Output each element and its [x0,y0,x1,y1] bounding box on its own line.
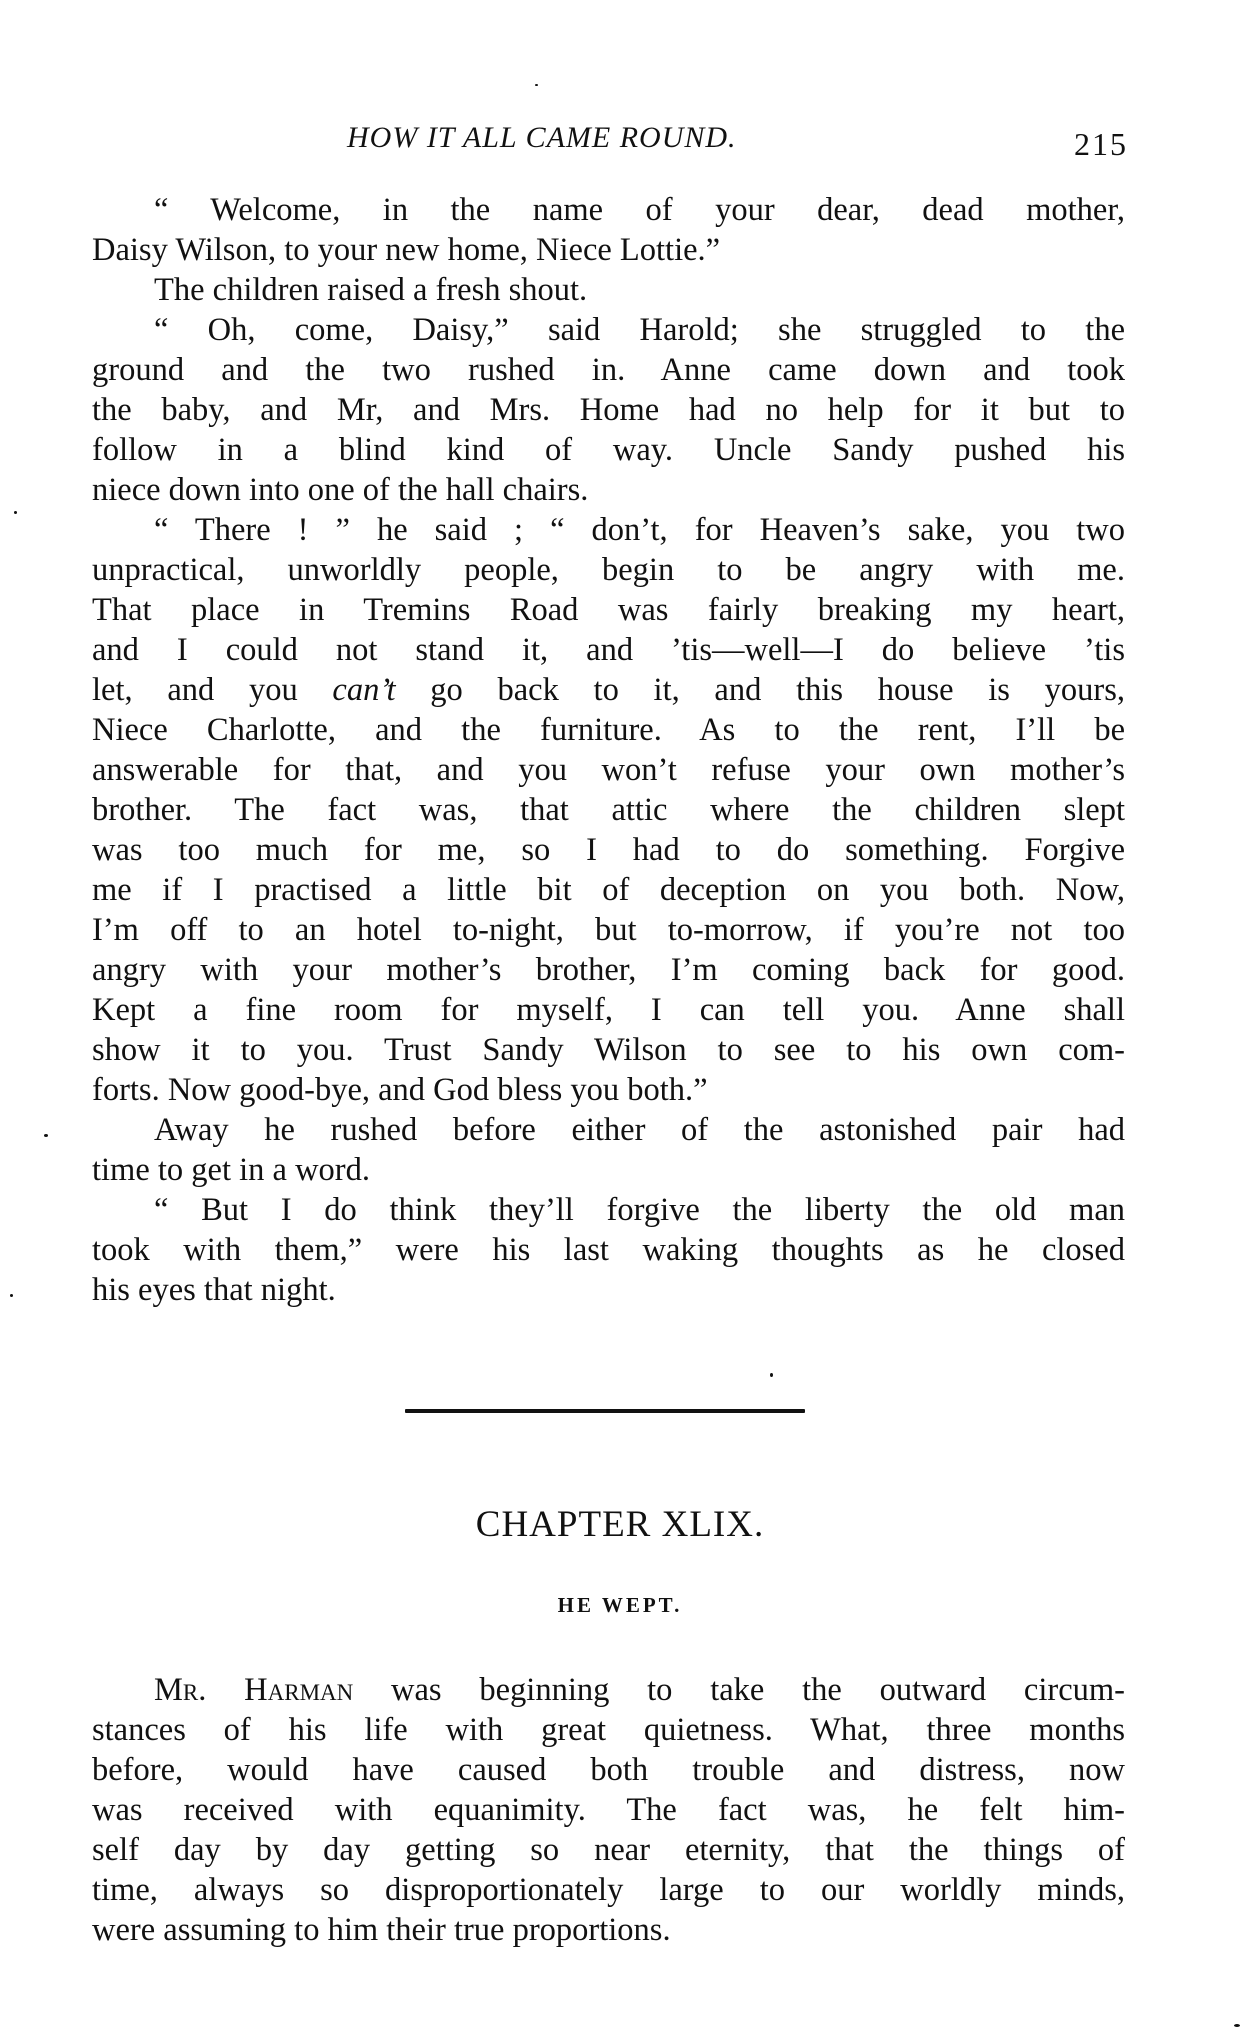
running-title: HOW IT ALL CAME ROUND. [347,118,737,158]
text-line: answerable for that, and you won’t refus… [92,750,1125,790]
text-line: ground and the two rushed in. Anne came … [92,350,1125,390]
scan-speck [14,511,17,514]
text-line: self day by day getting so near eternity… [92,1830,1125,1870]
chapter-title: CHAPTER XLIX. [0,1500,1240,1550]
running-head: HOW IT ALL CAME ROUND. 215 [92,118,1128,158]
section-2-text: Mr. Harman was beginning to take the out… [92,1670,1125,1950]
page-number: 215 [1074,124,1128,164]
text-line: “ There ! ” he said ; “ don’t, for Heave… [92,510,1125,550]
text-line: were assuming to him their true proporti… [92,1910,1125,1950]
text-line: “ Oh, come, Daisy,” said Harold; she str… [92,310,1125,350]
text-line: me if I practised a little bit of decept… [92,870,1125,910]
section-separator-rule [405,1409,805,1413]
text-line: was too much for me, so I had to do some… [92,830,1125,870]
text-line: before, would have caused both trouble a… [92,1750,1125,1790]
text-line: was received with equanimity. The fact w… [92,1790,1125,1830]
scan-speck [44,1134,48,1137]
text-line: stances of his life with great quietness… [92,1710,1125,1750]
text-line: angry with your mother’s brother, I’m co… [92,950,1125,990]
scan-speck [535,84,538,86]
text-line: let, and you can’t go back to it, and th… [92,670,1125,710]
text-line: took with them,” were his last waking th… [92,1230,1125,1270]
text-line: forts. Now good-bye, and God bless you b… [92,1070,1125,1110]
text-line: time, always so disproportionately large… [92,1870,1125,1910]
text-line: his eyes that night. [92,1270,1125,1310]
text-line-after: go back to it, and this house is yours, [396,672,1125,708]
text-line: show it to you. Trust Sandy Wilson to se… [92,1030,1125,1070]
section-1-text: “ Welcome, in the name of your dear, dea… [92,190,1125,1310]
book-page: HOW IT ALL CAME ROUND. 215 “ Welcome, in… [0,0,1240,2030]
scan-speck [770,1373,773,1377]
emphasis-cant: can’t [332,672,395,708]
text-line: Mr. Harman was beginning to take the out… [92,1670,1125,1710]
text-line: time to get in a word. [92,1150,1125,1190]
scan-speck [10,1294,13,1297]
text-line: I’m off to an hotel to-night, but to-mor… [92,910,1125,950]
text-line-rest: was beginning to take the outward circum… [353,1672,1125,1708]
text-line: unpractical, unworldly people, begin to … [92,550,1125,590]
text-line: Niece Charlotte, and the furniture. As t… [92,710,1125,750]
text-line: Daisy Wilson, to your new home, Niece Lo… [92,230,1125,270]
text-line: That place in Tremins Road was fairly br… [92,590,1125,630]
text-line-before: let, and you [92,672,332,708]
text-line: The children raised a fresh shout. [92,270,1125,310]
text-line: Away he rushed before either of the asto… [92,1110,1125,1150]
text-line: niece down into one of the hall chairs. [92,470,1125,510]
text-line: “ But I do think they’ll forgive the lib… [92,1190,1125,1230]
text-line: brother. The fact was, that attic where … [92,790,1125,830]
text-line: the baby, and Mr, and Mrs. Home had no h… [92,390,1125,430]
opening-small-caps: Mr. Harman [154,1672,353,1708]
text-line: Kept a fine room for myself, I can tell … [92,990,1125,1030]
text-line: follow in a blind kind of way. Uncle San… [92,430,1125,470]
text-line: “ Welcome, in the name of your dear, dea… [92,190,1125,230]
text-line: and I could not stand it, and ’tis—well—… [92,630,1125,670]
chapter-subtitle: HE WEPT. [0,1590,1240,1620]
scan-speck [1234,2024,1240,2027]
